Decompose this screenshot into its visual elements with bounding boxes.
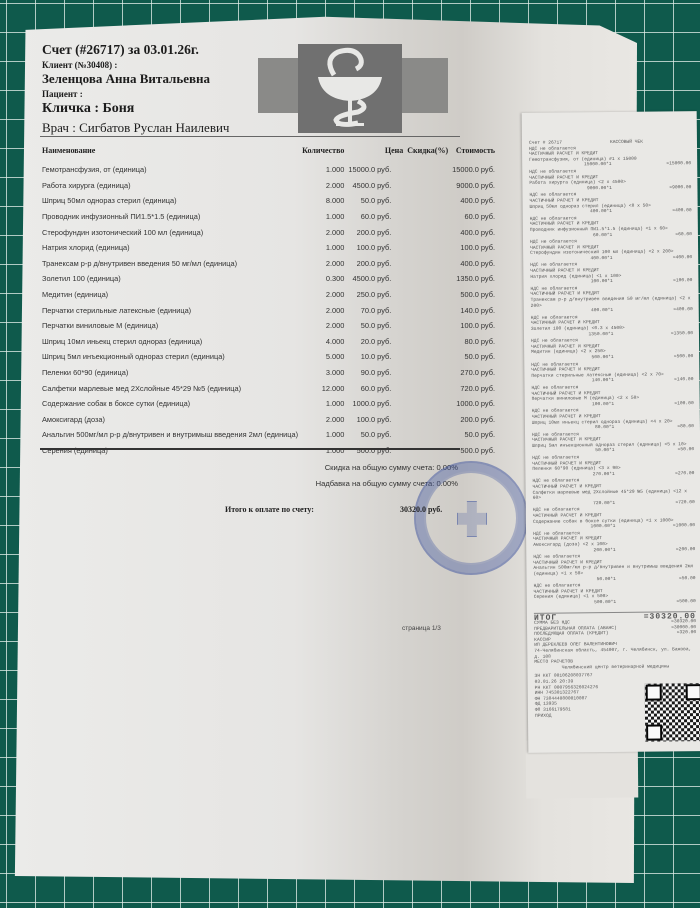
receipt-item: НДС не облагаетсяЧАСТИЧНЫЙ РАСЧЕТ И КРЕД… xyxy=(529,145,691,169)
col-name: Наименование xyxy=(40,143,300,162)
item-price: 90.0 руб. xyxy=(346,365,405,381)
receipt-item-amount: =50.00 xyxy=(678,448,695,454)
item-discount xyxy=(405,334,450,350)
item-name: Содержание собак в боксе сутки (единица) xyxy=(40,396,300,412)
table-row: Шприц 10мл иньекц стерил однораз (единиц… xyxy=(40,334,497,350)
receipt-item: НДС не облагаетсяЧАСТИЧНЫЙ РАСЧЕТ И КРЕД… xyxy=(532,431,694,455)
receipt-item-unit: 100.00*1 xyxy=(592,402,614,408)
item-price: 70.0 руб. xyxy=(346,302,405,318)
item-discount xyxy=(405,178,450,194)
item-qty: 1.000 xyxy=(300,427,346,443)
receipt-item-unit: 80.00*1 xyxy=(595,425,614,431)
receipt-title: КАССОВЫЙ ЧЕК xyxy=(610,140,643,146)
item-cost: 50.0 руб. xyxy=(450,427,497,443)
bowl-of-hygieia-icon xyxy=(258,37,448,133)
receipt-item: НДС не облагаетсяЧАСТИЧНЫЙ РАСЧЕТ И КРЕД… xyxy=(529,192,691,216)
receipt-item-unit: 100.00*1 xyxy=(591,279,613,285)
item-name: Стерофундин изотонический 100 мл (единиц… xyxy=(40,224,300,240)
receipt-item-unit: 9000.00*1 xyxy=(587,186,612,192)
item-qty: 2.000 xyxy=(300,287,346,303)
total-value: 30320.0 руб. xyxy=(400,505,442,514)
receipt-item-amount: =400.00 xyxy=(673,307,692,313)
item-name: Гемотрансфузия, от (единица) xyxy=(40,162,300,178)
receipt-item: НДС не облагаетсяЧАСТИЧНЫЙ РАСЧЕТ И КРЕД… xyxy=(532,454,694,478)
item-discount xyxy=(405,412,450,428)
receipt-item: НДС не облагаетсяЧАСТИЧНЫЙ РАСЧЕТ И КРЕД… xyxy=(532,384,694,408)
page-number: страница 1/3 xyxy=(402,625,441,632)
item-name: Перчатки виниловые М (единица) xyxy=(40,318,300,334)
client-label: Клиент (№30408) : xyxy=(42,60,229,70)
clinic-stamp-icon xyxy=(414,461,528,575)
item-name: Салфетки марлевые мед 2Хслойные 45*29 №5… xyxy=(40,380,300,396)
item-qty: 2.000 xyxy=(300,224,346,240)
item-price: 20.0 руб. xyxy=(346,334,405,350)
item-discount xyxy=(405,443,450,459)
receipt-item-amount: =1350.00 xyxy=(671,331,693,337)
receipt-items: НДС не облагаетсяЧАСТИЧНЫЙ РАСЧЕТ И КРЕД… xyxy=(529,145,696,607)
col-cost: Стоимость xyxy=(450,143,497,162)
receipt-item-amount: =200.00 xyxy=(676,547,695,553)
summary-value: =320.00 xyxy=(677,630,696,636)
item-name: Золетил 100 (единица) xyxy=(40,271,300,287)
receipt-item-unit: 50.00*1 xyxy=(597,577,616,583)
item-name: Шприц 50мл однораз стерил (единица) xyxy=(40,193,300,209)
item-name: Серения (единица) xyxy=(40,443,300,459)
item-qty: 1.000 xyxy=(300,209,346,225)
item-qty: 1.000 xyxy=(300,396,346,412)
receipt-item-amount: =1000.00 xyxy=(673,523,695,529)
pet-name: Кличка : Боня xyxy=(42,101,229,117)
item-cost: 50.0 руб. xyxy=(450,349,497,365)
item-name: Шприц 5мл инъекционный однораз стерил (е… xyxy=(40,349,300,365)
item-qty: 1.000 xyxy=(300,443,346,459)
receipt-item: НДС не облагаетсяЧАСТИЧНЫЙ РАСЧЕТ И КРЕД… xyxy=(534,582,696,606)
item-qty: 2.000 xyxy=(300,302,346,318)
table-row: Шприц 5мл инъекционный однораз стерил (е… xyxy=(40,349,497,365)
item-price: 60.0 руб. xyxy=(346,209,405,225)
item-cost: 400.0 руб. xyxy=(450,193,497,209)
item-qty: 2.000 xyxy=(300,412,346,428)
item-qty: 12.000 xyxy=(300,380,346,396)
table-row: Медитин (единица)2.000250.0 руб.500.0 ру… xyxy=(40,287,497,303)
receipt-item: НДС не облагаетсяЧАСТИЧНЫЙ РАСЧЕТ И КРЕД… xyxy=(533,507,695,531)
item-discount xyxy=(405,349,450,365)
receipt-item: НДС не облагаетсяЧАСТИЧНЫЙ РАСЧЕТ И КРЕД… xyxy=(533,530,695,554)
receipt-item-unit: 720.00*1 xyxy=(593,501,615,507)
item-price: 50.0 руб. xyxy=(346,318,405,334)
receipt-item-amount: =400.00 xyxy=(673,255,692,261)
total-row: Итого к оплате по счету: 30320.0 руб. xyxy=(225,505,475,514)
item-name: Медитин (единица) xyxy=(40,287,300,303)
receipt-item-unit: 50.00*1 xyxy=(595,448,614,454)
item-cost: 9000.0 руб. xyxy=(450,178,497,194)
item-discount xyxy=(405,302,450,318)
invoice-header: Счет (#26717) за 03.01.26г. Клиент (№304… xyxy=(42,42,229,136)
patient-label: Пациент : xyxy=(42,89,229,99)
table-row: Гемотрансфузия, от (единица)1.00015000.0… xyxy=(40,162,497,178)
receipt-item-amount: =720.00 xyxy=(675,500,694,506)
col-qty: Количество xyxy=(300,143,346,162)
receipt-item: НДС не облагаетсяЧАСТИЧНЫЙ РАСЧЕТ И КРЕД… xyxy=(531,314,693,338)
item-cost: 400.0 руб. xyxy=(450,224,497,240)
table-row: Стерофундин изотонический 100 мл (единиц… xyxy=(40,224,497,240)
receipt-item-amount: =400.00 xyxy=(672,208,691,214)
receipt-item-amount: =100.00 xyxy=(674,401,693,407)
item-discount xyxy=(405,396,450,412)
item-discount xyxy=(405,193,450,209)
receipt-summary: СУММА БЕЗ НДС=30320.00ПРЕДВАРИТЕЛЬНАЯ ОП… xyxy=(534,619,696,637)
item-cost: 400.0 руб. xyxy=(450,256,497,272)
item-cost: 15000.0 руб. xyxy=(450,162,497,178)
item-cost: 100.0 руб. xyxy=(450,318,497,334)
receipt-item-amount: =9000.00 xyxy=(669,185,691,191)
receipt-item-unit: 15000.00*1 xyxy=(584,162,612,168)
item-price: 1000.0 руб. xyxy=(346,396,405,412)
item-cost: 270.0 руб. xyxy=(450,365,497,381)
item-qty: 8.000 xyxy=(300,193,346,209)
item-discount xyxy=(405,380,450,396)
table-row: Пеленки 60*90 (единица)3.00090.0 руб.270… xyxy=(40,365,497,381)
item-price: 50.0 руб. xyxy=(346,427,405,443)
receipt-item-amount: =80.00 xyxy=(677,424,694,430)
item-discount xyxy=(405,271,450,287)
receipt-item-amount: =140.00 xyxy=(674,377,693,383)
item-name: Шприц 10мл иньекц стерил однораз (единиц… xyxy=(40,334,300,350)
receipt-item-unit: 1000.00*1 xyxy=(591,524,616,530)
item-cost: 100.0 руб. xyxy=(450,240,497,256)
receipt-item: НДС не облагаетсяЧАСТИЧНЫЙ РАСЧЕТ И КРЕД… xyxy=(530,238,692,262)
item-price: 500.0 руб. xyxy=(346,443,405,459)
item-qty: 5.000 xyxy=(300,349,346,365)
item-price: 4500.0 руб. xyxy=(346,271,405,287)
item-cost: 140.0 руб. xyxy=(450,302,497,318)
receipt-item: НДС не облагаетсяЧАСТИЧНЫЙ РАСЧЕТ И КРЕД… xyxy=(529,168,691,192)
cash-receipt: Счет # 26717 КАССОВЫЙ ЧЕК НДС не облагае… xyxy=(522,111,700,753)
item-cost: 1350.0 руб. xyxy=(450,271,497,287)
item-name: Натрия хлорид (единица) xyxy=(40,240,300,256)
item-name: Проводник инфузионный ПИ1.5*1.5 (единица… xyxy=(40,209,300,225)
item-name: Анальгин 500мг/мл р-р д/внутривен и внут… xyxy=(40,427,300,443)
table-row: Содержание собак в боксе сутки (единица)… xyxy=(40,396,497,412)
item-cost: 60.0 руб. xyxy=(450,209,497,225)
item-qty: 4.000 xyxy=(300,334,346,350)
receipt-item: НДС не облагаетсяЧАСТИЧНЫЙ РАСЧЕТ И КРЕД… xyxy=(532,478,694,508)
item-qty: 2.000 xyxy=(300,178,346,194)
item-discount xyxy=(405,365,450,381)
item-name: Перчатки стерильные латексные (единица) xyxy=(40,302,300,318)
item-cost: 500.0 руб. xyxy=(450,287,497,303)
receipt-item-amount: =500.00 xyxy=(674,354,693,360)
item-cost: 720.0 руб. xyxy=(450,380,497,396)
table-row: Перчатки стерильные латексные (единица)2… xyxy=(40,302,497,318)
discount-line: Скидка на общую сумму счета: 0.00% xyxy=(300,463,458,472)
item-discount xyxy=(405,162,450,178)
receipt-item-amount: =50.00 xyxy=(679,576,696,582)
table-row: Проводник инфузионный ПИ1.5*1.5 (единица… xyxy=(40,209,497,225)
item-cost: 200.0 руб. xyxy=(450,412,497,428)
item-price: 200.0 руб. xyxy=(346,256,405,272)
receipt-item-amount: =15000.00 xyxy=(666,162,691,168)
receipt-item-unit: 1350.00*1 xyxy=(589,332,614,338)
header-divider xyxy=(40,136,460,137)
receipt-item-unit: 500.00*1 xyxy=(594,600,616,606)
table-row: Натрия хлорид (единица)1.000100.0 руб.10… xyxy=(40,240,497,256)
table-row: Шприц 50мл однораз стерил (единица)8.000… xyxy=(40,193,497,209)
invoice-title: Счет (#26717) за 03.01.26г. xyxy=(42,42,229,58)
item-discount xyxy=(405,287,450,303)
table-row: Серения (единица)1.000500.0 руб.500.0 ру… xyxy=(40,443,497,459)
doctor-name: Врач : Сигбатов Руслан Наилевич xyxy=(42,120,229,136)
item-discount xyxy=(405,240,450,256)
receipt-item-unit: 500.00*1 xyxy=(592,355,614,361)
client-name: Зеленцова Анна Витальевна xyxy=(42,71,229,87)
table-row: Транексам р-р д/внутривен введения 50 мг… xyxy=(40,256,497,272)
col-discount: Скидка(%) xyxy=(405,143,450,162)
item-price: 15000.0 руб. xyxy=(346,162,405,178)
col-price: Цена xyxy=(346,143,405,162)
item-name: Амоксигард (доза) xyxy=(40,412,300,428)
receipt-item: НДС не облагаетсяЧАСТИЧНЫЙ РАСЧЕТ И КРЕД… xyxy=(530,215,692,239)
invoice-items-table: Наименование Количество Цена Скидка(%) С… xyxy=(40,143,497,458)
item-qty: 2.000 xyxy=(300,256,346,272)
item-discount xyxy=(405,318,450,334)
item-price: 250.0 руб. xyxy=(346,287,405,303)
item-qty: 0.300 xyxy=(300,271,346,287)
table-row: Салфетки марлевые мед 2Хслойные 45*29 №5… xyxy=(40,380,497,396)
item-cost: 80.0 руб. xyxy=(450,334,497,350)
table-row: Анальгин 500мг/мл р-р д/внутривен и внут… xyxy=(40,427,497,443)
receipt-item-unit: 270.00*1 xyxy=(593,472,615,478)
receipt-item-unit: 140.00*1 xyxy=(592,378,614,384)
item-name: Работа хирурга (единица) xyxy=(40,178,300,194)
item-name: Транексам р-р д/внутривен введения 50 мг… xyxy=(40,256,300,272)
item-price: 100.0 руб. xyxy=(346,412,405,428)
table-row: Перчатки виниловые М (единица)2.00050.0 … xyxy=(40,318,497,334)
item-cost: 500.0 руб. xyxy=(450,443,497,459)
item-price: 10.0 руб. xyxy=(346,349,405,365)
table-row: Работа хирурга (единица)2.0004500.0 руб.… xyxy=(40,178,497,194)
table-row: Амоксигард (доза)2.000100.0 руб.200.0 ру… xyxy=(40,412,497,428)
item-price: 100.0 руб. xyxy=(346,240,405,256)
item-qty: 2.000 xyxy=(300,318,346,334)
item-discount xyxy=(405,224,450,240)
item-price: 200.0 руб. xyxy=(346,224,405,240)
receipt-item: НДС не облагаетсяЧАСТИЧНЫЙ РАСЧЕТ И КРЕД… xyxy=(532,407,694,431)
item-discount xyxy=(405,427,450,443)
item-price: 50.0 руб. xyxy=(346,193,405,209)
item-discount xyxy=(405,209,450,225)
qr-code-icon[interactable] xyxy=(645,683,700,742)
item-name: Пеленки 60*90 (единица) xyxy=(40,365,300,381)
item-qty: 1.000 xyxy=(300,162,346,178)
receipt-item: НДС не облагаетсяЧАСТИЧНЫЙ РАСЧЕТ И КРЕД… xyxy=(533,553,695,583)
item-discount xyxy=(405,256,450,272)
receipt-item-amount: =270.00 xyxy=(675,471,694,477)
table-row: Золетил 100 (единица)0.3004500.0 руб.135… xyxy=(40,271,497,287)
receipt-item-unit: 400.00*1 xyxy=(590,209,612,215)
receipt-item: НДС не облагаетсяЧАСТИЧНЫЙ РАСЧЕТ И КРЕД… xyxy=(530,262,692,286)
receipt-item: НДС не облагаетсяЧАСТИЧНЫЙ РАСЧЕТ И КРЕД… xyxy=(531,361,693,385)
receipt-item: НДС не облагаетсяЧАСТИЧНЫЙ РАСЧЕТ И КРЕД… xyxy=(531,337,693,361)
item-price: 60.0 руб. xyxy=(346,380,405,396)
receipt-item-amount: =500.00 xyxy=(676,599,695,605)
table-bottom-divider xyxy=(40,448,460,450)
total-label: Итого к оплате по счету: xyxy=(225,505,314,514)
item-qty: 1.000 xyxy=(300,240,346,256)
receipt-item: НДС не облагаетсяЧАСТИЧНЫЙ РАСЧЕТ И КРЕД… xyxy=(530,285,692,315)
item-qty: 3.000 xyxy=(300,365,346,381)
item-price: 4500.0 руб. xyxy=(346,178,405,194)
item-cost: 1000.0 руб. xyxy=(450,396,497,412)
receipt-item-unit: 60.00*1 xyxy=(593,232,612,238)
receipt-item-amount: =100.00 xyxy=(673,278,692,284)
receipt-item-unit: 200.00*1 xyxy=(594,548,616,554)
receipt-item-amount: =60.00 xyxy=(675,232,692,238)
receipt-item-unit: 400.00*1 xyxy=(591,308,613,314)
table-header-row: Наименование Количество Цена Скидка(%) С… xyxy=(40,143,497,162)
receipt-item-unit: 400.00*1 xyxy=(590,256,612,262)
